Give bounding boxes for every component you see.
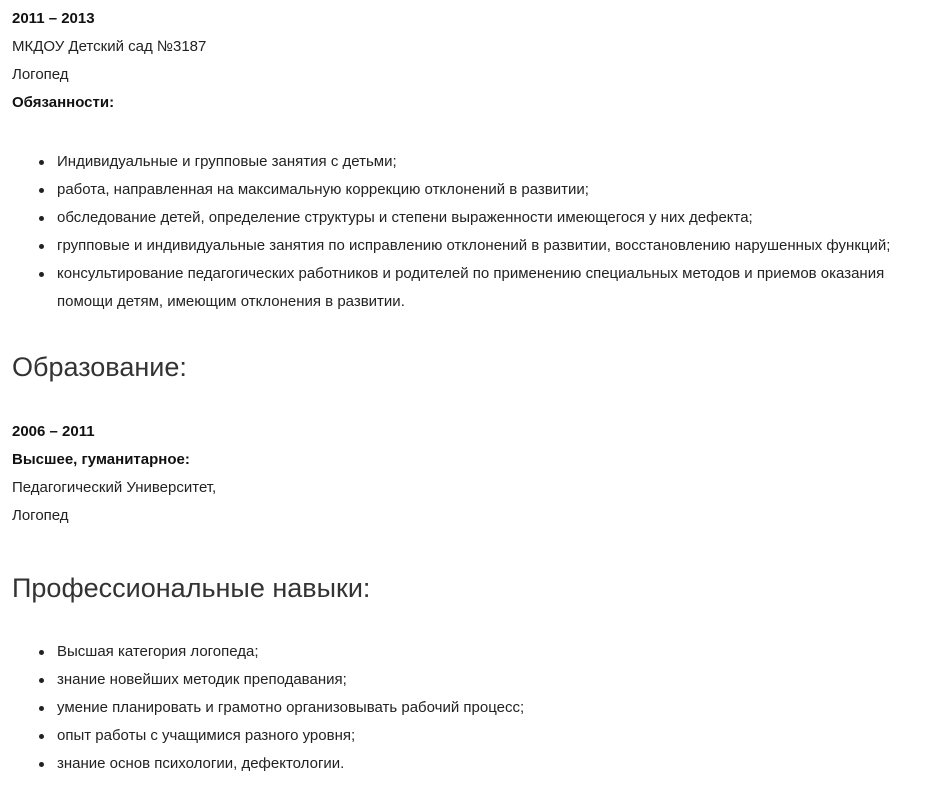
duties-list: Индивидуальные и групповые занятия с дет… xyxy=(12,148,941,316)
duties-label: Обязанности: xyxy=(12,89,206,117)
education-period: 2006 – 2011 xyxy=(12,418,216,446)
list-item: знание основ психологии, дефектологии. xyxy=(57,750,941,778)
education-section: 2006 – 2011 Высшее, гуманитарное: Педаго… xyxy=(12,418,216,530)
list-item: обследование детей, определение структур… xyxy=(57,204,941,232)
list-item: работа, направленная на максимальную кор… xyxy=(57,176,941,204)
list-item: Индивидуальные и групповые занятия с дет… xyxy=(57,148,941,176)
experience-section: 2011 – 2013 МКДОУ Детский сад №3187 Лого… xyxy=(12,5,206,117)
experience-organization: МКДОУ Детский сад №3187 xyxy=(12,33,206,61)
list-item: Высшая категория логопеда; xyxy=(57,638,941,666)
list-item: знание новейших методик преподавания; xyxy=(57,666,941,694)
list-item: умение планировать и грамотно организовы… xyxy=(57,694,941,722)
skills-heading: Профессиональные навыки: xyxy=(12,571,370,605)
list-item: консультирование педагогических работник… xyxy=(57,260,941,316)
list-item: групповые и индивидуальные занятия по ис… xyxy=(57,232,941,260)
education-heading: Образование: xyxy=(12,350,187,384)
education-specialty: Логопед xyxy=(12,502,216,530)
education-institution: Педагогический Университет, xyxy=(12,474,216,502)
education-level: Высшее, гуманитарное: xyxy=(12,446,216,474)
list-item: опыт работы с учащимися разного уровня; xyxy=(57,722,941,750)
experience-position: Логопед xyxy=(12,61,206,89)
skills-list: Высшая категория логопеда; знание новейш… xyxy=(12,638,941,778)
experience-period: 2011 – 2013 xyxy=(12,5,206,33)
